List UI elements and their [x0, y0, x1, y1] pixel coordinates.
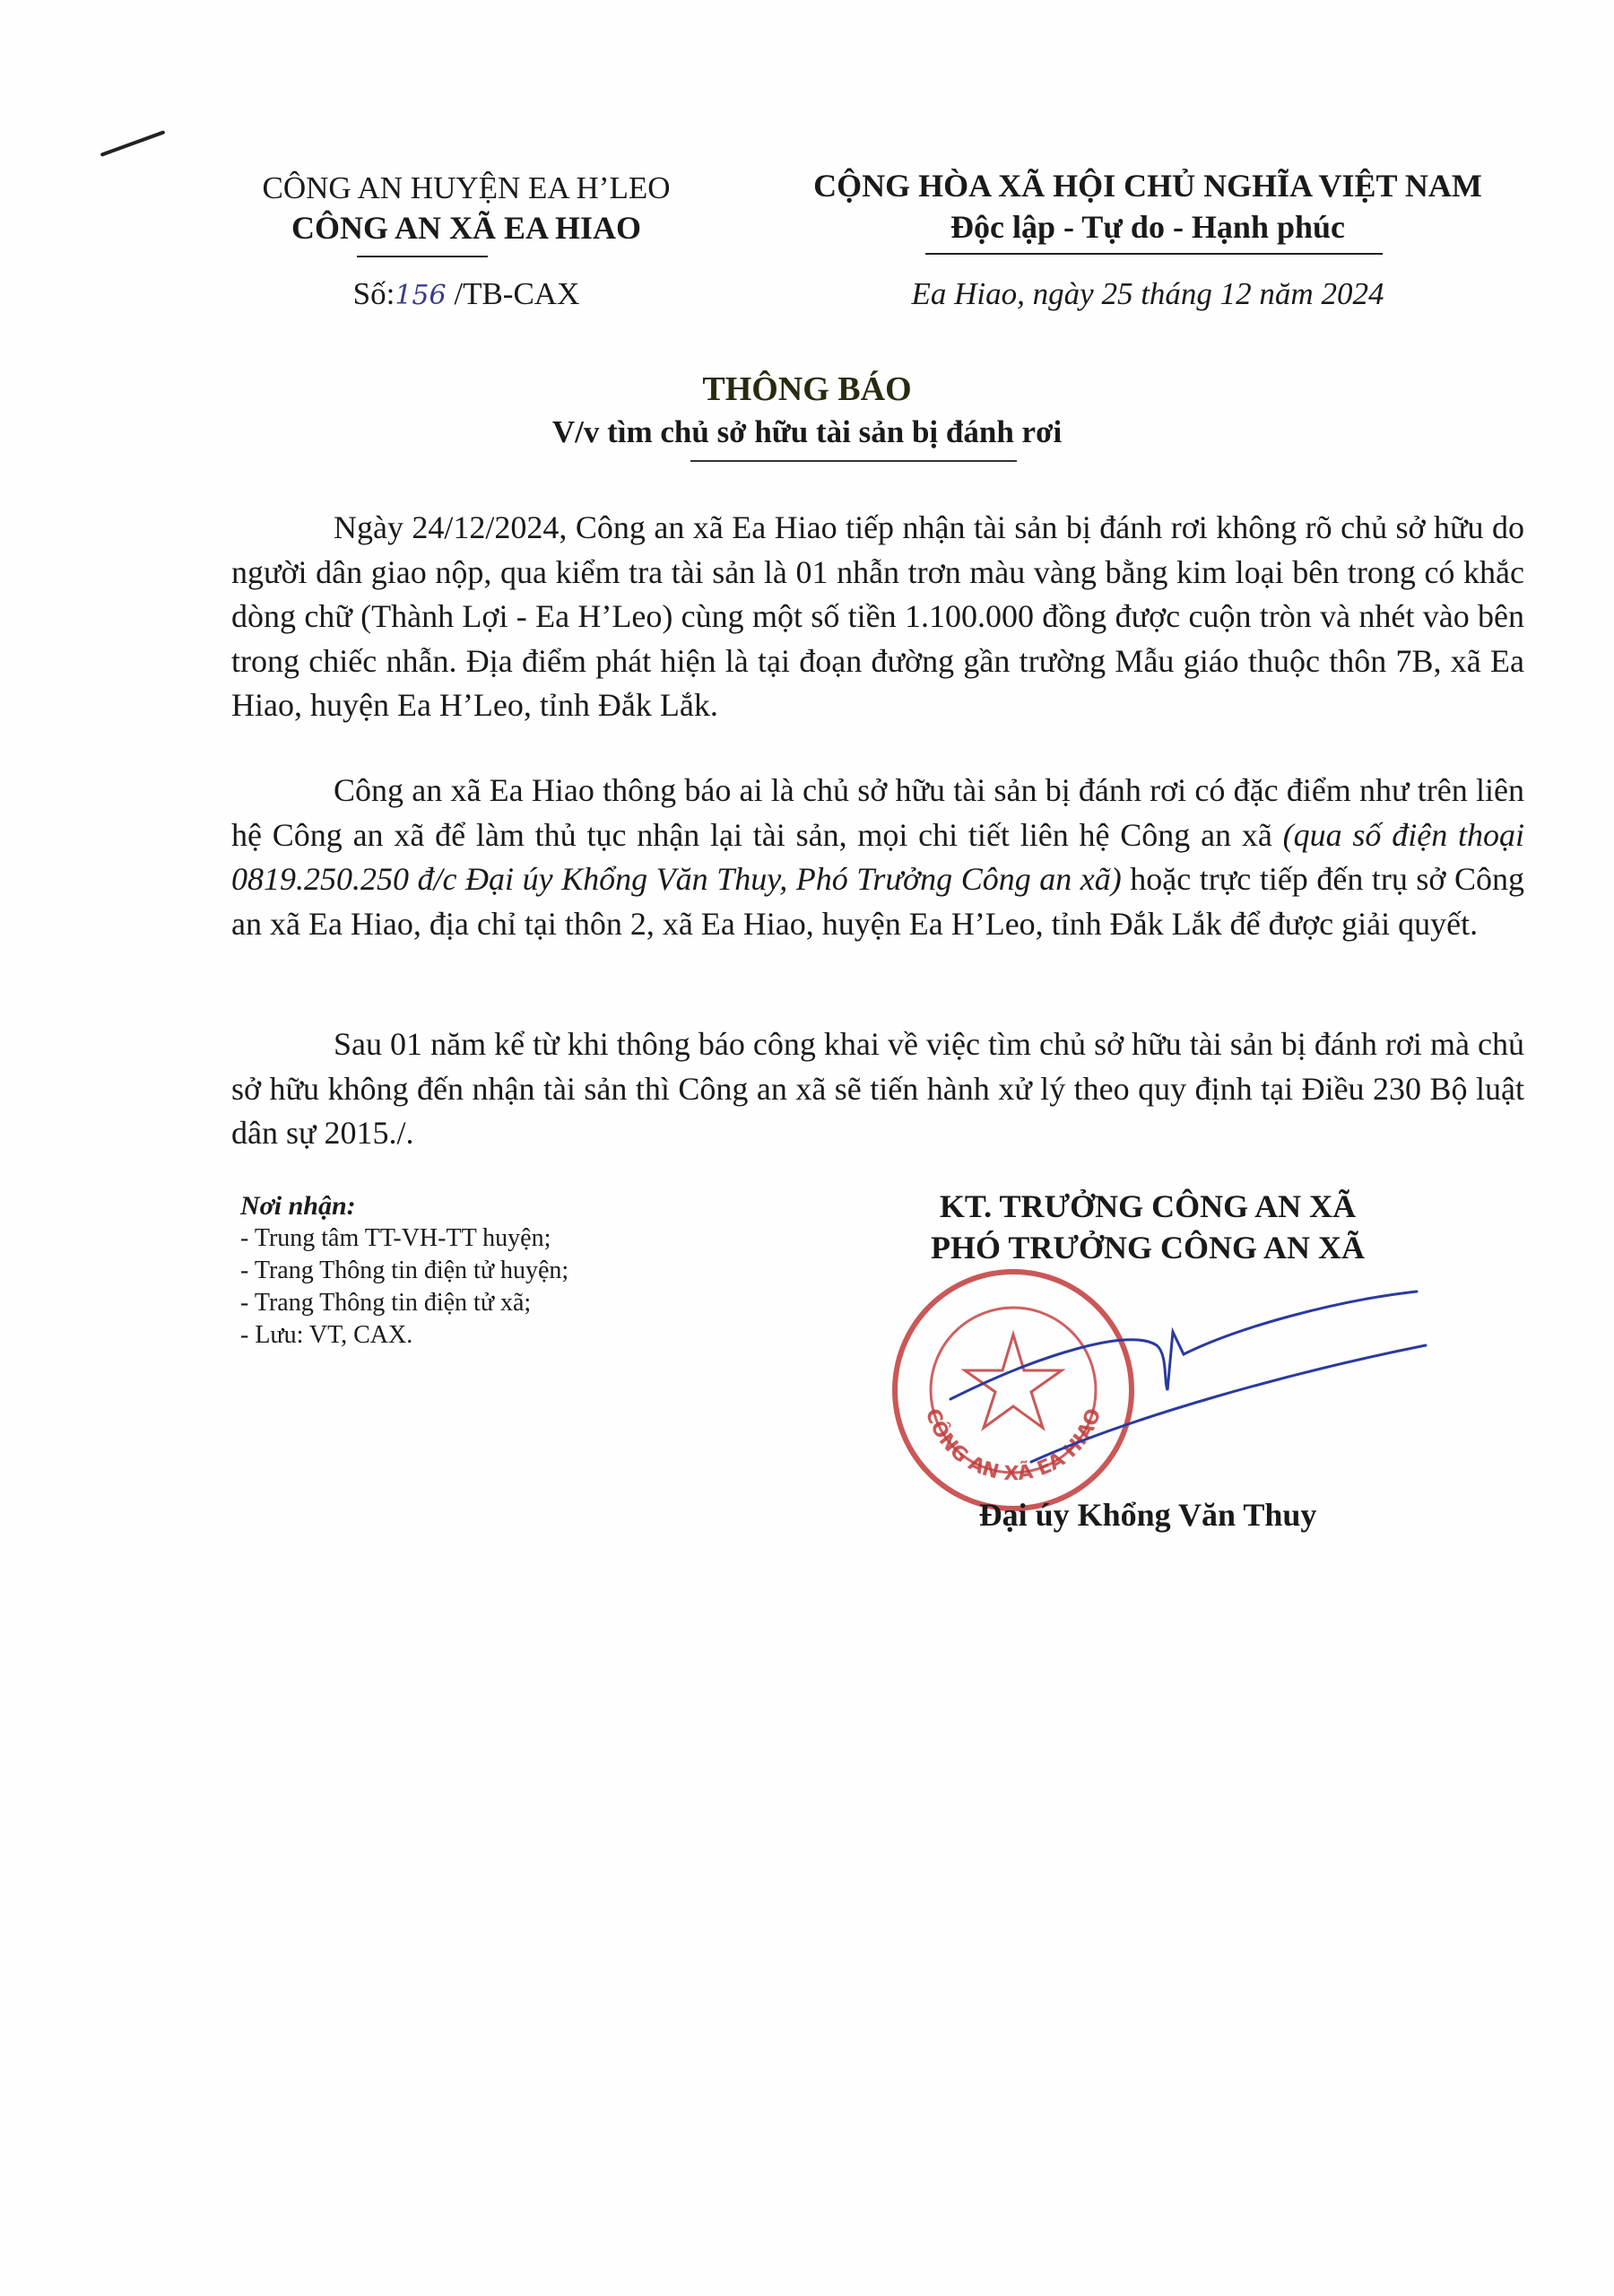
- national-motto: Độc lập - Tự do - Hạnh phúc: [771, 206, 1524, 248]
- document-subject: V/v tìm chủ sở hữu tài sản bị đánh rơi: [0, 414, 1614, 450]
- body-paragraph-3: Sau 01 năm kể từ khi thông báo công khai…: [231, 1022, 1524, 1156]
- signer-name: Đại úy Khổng Văn Thuy: [861, 1496, 1435, 1534]
- document-title: THÔNG BÁO: [0, 370, 1614, 409]
- number-suffix: /TB-CAX: [454, 276, 579, 311]
- motto-underline: [925, 253, 1383, 255]
- document-number: Số:156 /TB-CAX: [215, 276, 717, 312]
- recipients-block: Nơi nhận: - Trung tâm TT-VH-TT huyện; - …: [240, 1190, 568, 1352]
- issuing-agency: CÔNG AN XÃ EA HIAO: [215, 208, 717, 248]
- paragraph-text: Ngày 24/12/2024, Công an xã Ea Hiao tiếp…: [231, 506, 1524, 728]
- signature-title-line-2: PHÓ TRƯỞNG CÔNG AN XÃ: [861, 1227, 1435, 1268]
- place-date: Ea Hiao, ngày 25 tháng 12 năm 2024: [771, 276, 1524, 312]
- body-paragraph-2: Công an xã Ea Hiao thông báo ai là chủ s…: [231, 769, 1524, 946]
- national-header: CỘNG HÒA XÃ HỘI CHỦ NGHĨA VIỆT NAM Độc l…: [771, 165, 1524, 248]
- handwritten-signature: [933, 1283, 1435, 1480]
- stray-pen-mark: [100, 130, 166, 157]
- parent-agency: CÔNG AN HUYỆN EA H’LEO: [215, 169, 717, 208]
- paragraph-text: Sau 01 năm kể từ khi thông báo công khai…: [231, 1022, 1524, 1156]
- recipient-item: - Lưu: VT, CAX.: [240, 1319, 568, 1352]
- recipient-item: - Trang Thông tin điện tử xã;: [240, 1287, 568, 1319]
- recipient-item: - Trung tâm TT-VH-TT huyện;: [240, 1222, 568, 1255]
- issuing-agency-block: CÔNG AN HUYỆN EA H’LEO CÔNG AN XÃ EA HIA…: [215, 169, 717, 248]
- body-paragraph-1: Ngày 24/12/2024, Công an xã Ea Hiao tiếp…: [231, 506, 1524, 728]
- agency-underline: [357, 256, 488, 257]
- recipient-item: - Trang Thông tin điện tử huyện;: [240, 1255, 568, 1287]
- recipients-label: Nơi nhận:: [240, 1190, 568, 1222]
- number-label: Số:: [353, 276, 395, 311]
- subject-underline: [690, 460, 1017, 462]
- national-title: CỘNG HÒA XÃ HỘI CHỦ NGHĨA VIỆT NAM: [771, 165, 1524, 206]
- handwritten-number: 156: [395, 280, 446, 311]
- signature-title-line-1: KT. TRƯỞNG CÔNG AN XÃ: [861, 1186, 1435, 1227]
- signature-title: KT. TRƯỞNG CÔNG AN XÃ PHÓ TRƯỞNG CÔNG AN…: [861, 1186, 1435, 1268]
